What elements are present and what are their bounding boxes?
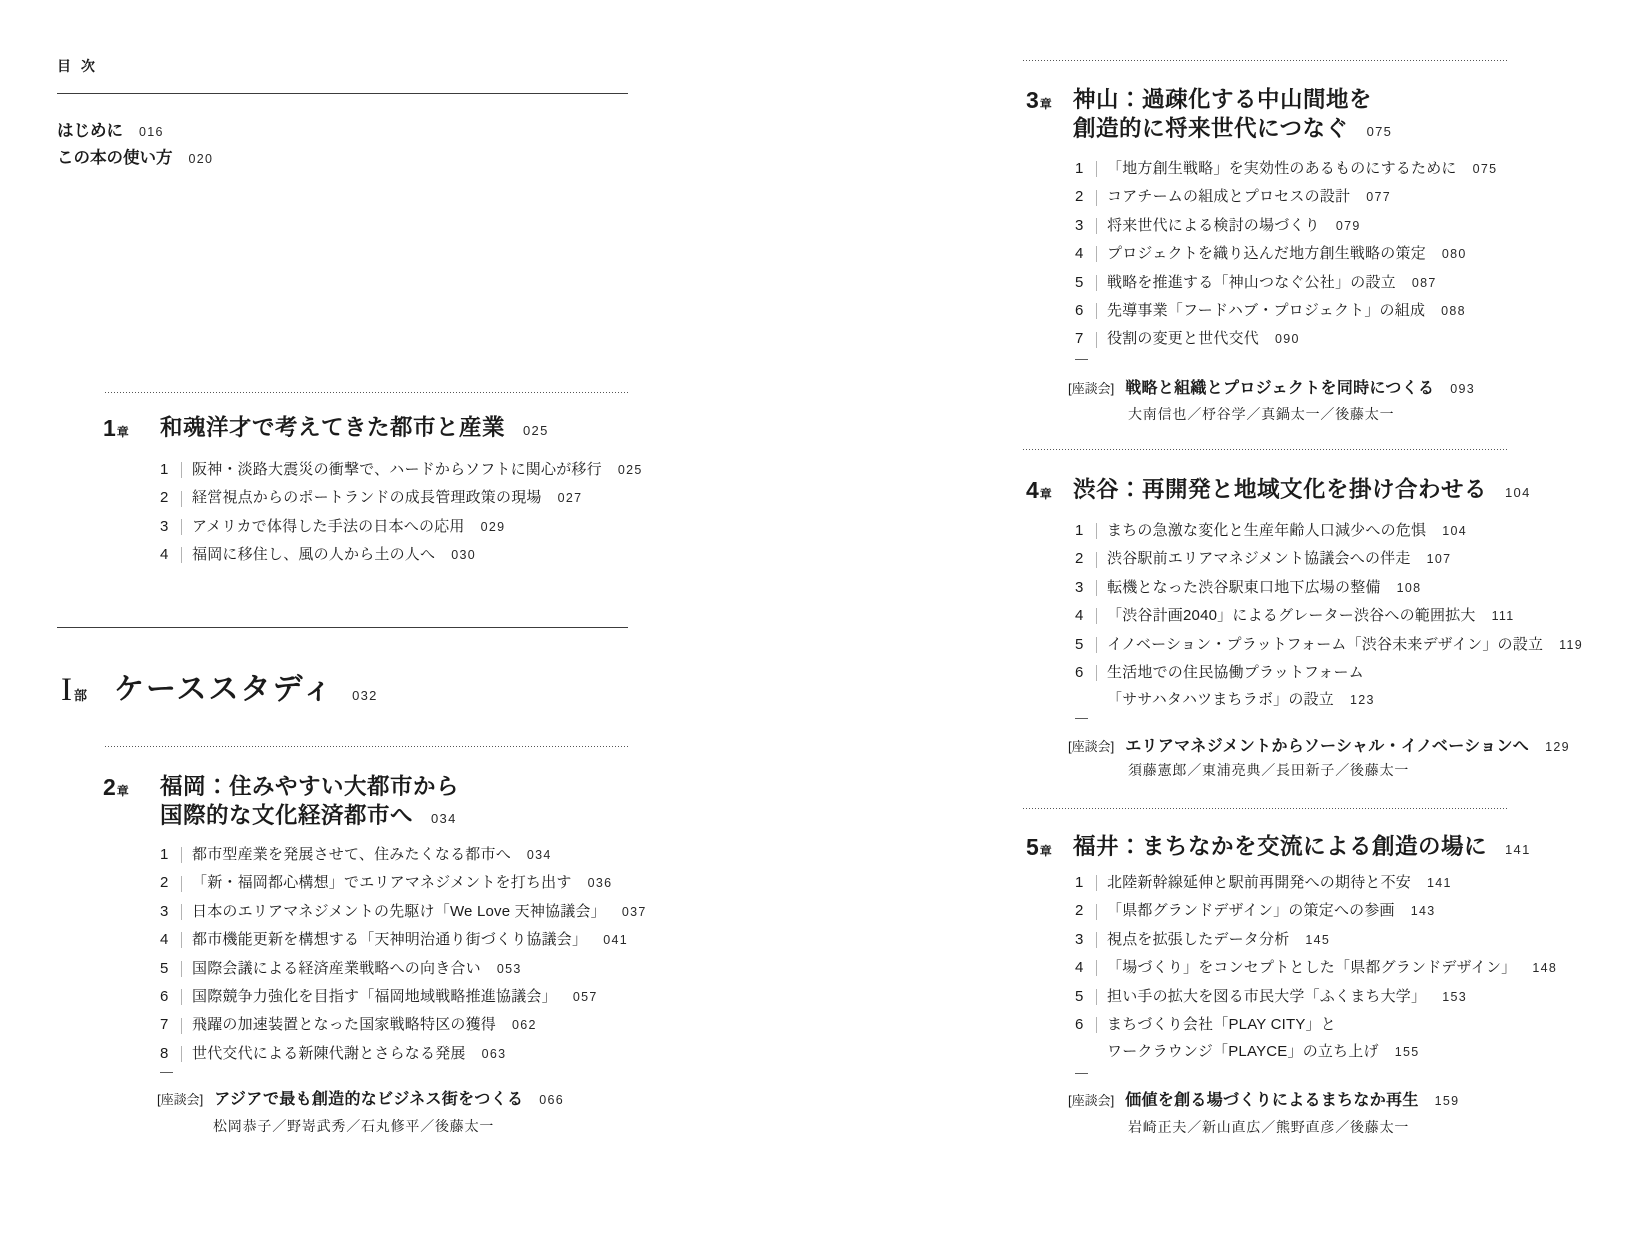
toc-item: 6生活地での住民協働プラットフォーム	[1075, 659, 1583, 686]
page-number: 034	[527, 842, 552, 869]
toc-item-title: 日本のエリアマネジメントの先駆け「We Love 天神協議会」	[192, 898, 606, 925]
item-separator	[181, 519, 182, 535]
right-page: 3章 神山：過疎化する中山間地を 創造的に将来世代につなぐ075 1「地方創生戦…	[1023, 50, 1508, 1200]
item-separator	[1096, 960, 1097, 976]
toc-item: 5担い手の拡大を図る市民大学「ふくまち大学」153	[1075, 983, 1557, 1011]
item-separator	[1096, 246, 1097, 262]
toc-item-number: 3	[160, 513, 175, 540]
page-number: 090	[1275, 326, 1300, 353]
toc-item: 1都市型産業を発展させて、住みたくなる都市へ034	[160, 841, 647, 869]
item-separator	[181, 876, 182, 892]
item-separator	[1096, 190, 1097, 206]
front-matter-title: この本の使い方	[57, 146, 173, 170]
toc-item-title: 飛躍の加速装置となった国家戦略特区の獲得	[192, 1011, 496, 1038]
item-separator	[181, 904, 182, 920]
dash-divider: —	[1075, 710, 1088, 726]
toc-item-number: 1	[1075, 517, 1090, 544]
part-rule	[57, 627, 628, 628]
page-number: 143	[1411, 898, 1436, 925]
page-number: 025	[618, 457, 643, 484]
left-page: 目 次 はじめに 016 この本の使い方 020 1章 和魂洋才で考えてきた都市…	[57, 50, 628, 1200]
page-number: 123	[1350, 687, 1375, 714]
front-matter-title: はじめに	[57, 119, 123, 143]
toc-item-title: 「ササハタハツまちラボ」の設立	[1107, 686, 1334, 713]
toc-item: 3視点を拡張したデータ分析145	[1075, 926, 1557, 954]
page-number: 041	[603, 927, 628, 954]
section-rule-dotted	[105, 392, 628, 393]
roundtable-row: [座談会] エリアマネジメントからソーシャル・イノベーションへ 129	[1068, 733, 1570, 761]
chapter-number: 4章	[1026, 475, 1073, 509]
page-number: 159	[1435, 1088, 1460, 1115]
toc-item-title: 「新・福岡都心構想」でエリアマネジメントを打ち出す	[192, 869, 572, 896]
toc-item-title: 阪神・淡路大震災の衝撃で、ハードからソフトに関心が移行	[192, 456, 602, 483]
toc-item-title: 「県都グランドデザイン」の策定への参画	[1107, 897, 1395, 924]
toc-item-title: 先導事業「フードハブ・プロジェクト」の組成	[1107, 297, 1425, 324]
chapter-heading: 4章 渋谷：再開発と地域文化を掛け合わせる104	[1026, 475, 1531, 509]
toc-item-title: 「渋谷計画2040」によるグレーター渋谷への範囲拡大	[1107, 602, 1476, 629]
page-number: 079	[1336, 213, 1361, 240]
toc-item-title: 北陸新幹線延伸と駅前再開発への期待と不安	[1107, 869, 1411, 896]
toc-item-title: まちづくり会社「PLAY CITY」と	[1107, 1011, 1336, 1038]
toc-item: 4「場づくり」をコンセプトとした「県都グランドデザイン」148	[1075, 954, 1557, 982]
chapter-items: 1北陸新幹線延伸と駅前再開発への期待と不安141 2「県都グランドデザイン」の策…	[1075, 869, 1557, 1067]
item-separator	[1096, 303, 1097, 319]
chapter-heading: 3章 神山：過疎化する中山間地を 創造的に将来世代につなぐ075	[1026, 85, 1392, 146]
part-number: I部	[61, 669, 114, 717]
toc-item-title: 国際競争力強化を目指す「福岡地域戦略推進協議会」	[192, 983, 557, 1010]
chapter-title: 和魂洋才で考えてきた都市と産業025	[160, 413, 549, 446]
toc-item-number: 1	[1075, 155, 1090, 182]
roundtable-label: [座談会]	[157, 1086, 203, 1113]
roundtable-row: [座談会] アジアで最も創造的なビジネス街をつくる 066	[157, 1086, 564, 1114]
toc-item-title: 視点を拡張したデータ分析	[1107, 926, 1289, 953]
page-number: 075	[1367, 124, 1393, 139]
chapter-suffix: 章	[1040, 97, 1052, 111]
chapter-items: 1阪神・淡路大震災の衝撃で、ハードからソフトに関心が移行025 2経営視点からの…	[160, 456, 643, 570]
item-separator	[1096, 552, 1097, 568]
toc-item: 5イノベーション・プラットフォーム「渋谷未来デザイン」の設立119	[1075, 631, 1583, 659]
page-number: 148	[1532, 955, 1557, 982]
item-separator	[1096, 989, 1097, 1005]
toc-item-number: 4	[160, 926, 175, 953]
chapter-heading: 2章 福岡：住みやすい大都市から 国際的な文化経済都市へ034	[103, 772, 459, 833]
toc-item-number: 4	[1075, 954, 1090, 981]
toc-item-number: 2	[160, 484, 175, 511]
page-number: 129	[1545, 734, 1570, 761]
page-number: 027	[558, 485, 583, 512]
toc-item-title: 生活地での住民協働プラットフォーム	[1107, 659, 1364, 686]
toc-item-title: 福岡に移住し、風の人から土の人へ	[192, 541, 435, 568]
chapter-number: 1章	[103, 413, 160, 447]
item-separator	[1096, 580, 1097, 596]
toc-item-continuation: ワークラウンジ「PLAYCE」の立ち上げ155	[1075, 1038, 1557, 1066]
item-separator	[1096, 665, 1097, 681]
toc-item: 2「新・福岡都心構想」でエリアマネジメントを打ち出す036	[160, 869, 647, 897]
item-separator	[1096, 875, 1097, 891]
toc-item-title: 「場づくり」をコンセプトとした「県都グランドデザイン」	[1107, 954, 1516, 981]
toc-item: 5戦略を推進する「神山つなぐ公社」の設立087	[1075, 269, 1497, 297]
toc-item-number: 6	[1075, 297, 1090, 324]
toc-item-title: コアチームの組成とプロセスの設計	[1107, 183, 1350, 210]
toc-item: 2渋谷駅前エリアマネジメント協議会への伴走107	[1075, 545, 1583, 573]
page-number: 025	[523, 423, 549, 438]
page-number: 062	[512, 1012, 537, 1039]
item-separator	[1096, 904, 1097, 920]
toc-item-title: 戦略を推進する「神山つなぐ公社」の設立	[1107, 269, 1396, 296]
page-number: 119	[1559, 632, 1583, 659]
chapter-heading: 5章 福井：まちなかを交流による創造の場に141	[1026, 832, 1531, 866]
item-separator	[1096, 1017, 1097, 1033]
toc-item: 4「渋谷計画2040」によるグレーター渋谷への範囲拡大111	[1075, 602, 1583, 630]
part-suffix: 部	[74, 688, 87, 703]
page-number: 107	[1427, 546, 1452, 573]
toc-item-number: 6	[1075, 1011, 1090, 1038]
toc-item: 2経営視点からのポートランドの成長管理政策の現場027	[160, 484, 643, 512]
page-number: 034	[431, 811, 457, 826]
toc-item-title: 転機となった渋谷駅東口地下広場の整備	[1107, 574, 1381, 601]
chapter-number: 5章	[1026, 832, 1073, 866]
page-number: 108	[1397, 575, 1422, 602]
chapter-items: 1都市型産業を発展させて、住みたくなる都市へ034 2「新・福岡都心構想」でエリ…	[160, 841, 647, 1068]
toc-item: 7役割の変更と世代交代090	[1075, 325, 1497, 353]
toc-item-number: 2	[1075, 183, 1090, 210]
toc-item-number: 2	[1075, 545, 1090, 572]
page-number: 087	[1412, 270, 1437, 297]
toc-item-number: 1	[160, 456, 175, 483]
chapter-title: 福井：まちなかを交流による創造の場に141	[1073, 832, 1531, 865]
toc-item: 1阪神・淡路大震災の衝撃で、ハードからソフトに関心が移行025	[160, 456, 643, 484]
toc-item-number: 1	[1075, 869, 1090, 896]
page-number: 066	[539, 1087, 564, 1114]
item-separator	[181, 932, 182, 948]
header-rule	[57, 93, 628, 94]
toc-item-number: 4	[1075, 240, 1090, 267]
toc-page-title: 目 次	[57, 56, 98, 76]
toc-item-number: 5	[160, 955, 175, 982]
toc-item: 4プロジェクトを織り込んだ地方創生戦略の策定080	[1075, 240, 1497, 268]
toc-item-title: アメリカで体得した手法の日本への応用	[192, 513, 465, 540]
section-rule-dotted	[1023, 808, 1508, 809]
toc-item-title: ワークラウンジ「PLAYCE」の立ち上げ	[1107, 1038, 1379, 1065]
toc-item-title: 世代交代による新陳代謝とさらなる発展	[192, 1040, 466, 1067]
toc-item-title: まちの急激な変化と生産年齢人口減少への危惧	[1107, 517, 1426, 544]
toc-item-title: 都市型産業を発展させて、住みたくなる都市へ	[192, 841, 511, 868]
toc-item-title: 国際会議による経済産業戦略への向き合い	[192, 955, 481, 982]
toc-item: 8世代交代による新陳代謝とさらなる発展063	[160, 1040, 647, 1068]
item-separator	[181, 961, 182, 977]
toc-item: 6国際競争力強化を目指す「福岡地域戦略推進協議会」057	[160, 983, 647, 1011]
toc-item-title: イノベーション・プラットフォーム「渋谷未来デザイン」の設立	[1107, 631, 1543, 658]
toc-item-title: 役割の変更と世代交代	[1107, 325, 1259, 352]
chapter-title: 福岡：住みやすい大都市から 国際的な文化経済都市へ034	[160, 772, 459, 833]
toc-item: 3アメリカで体得した手法の日本への応用029	[160, 513, 643, 541]
toc-item: 3日本のエリアマネジメントの先駆け「We Love 天神協議会」037	[160, 898, 647, 926]
item-separator	[1096, 637, 1097, 653]
roundtable-title: エリアマネジメントからソーシャル・イノベーションへ	[1125, 733, 1529, 760]
toc-item-number: 6	[1075, 659, 1090, 686]
item-separator	[181, 847, 182, 863]
toc-item: 7飛躍の加速装置となった国家戦略特区の獲得062	[160, 1011, 647, 1039]
item-separator	[1096, 608, 1097, 624]
chapter-heading: 1章 和魂洋才で考えてきた都市と産業025	[103, 413, 549, 447]
toc-item-number: 5	[1075, 269, 1090, 296]
page-number: 093	[1450, 376, 1475, 403]
toc-item-number: 4	[160, 541, 175, 568]
chapter-suffix: 章	[117, 425, 129, 439]
toc-item-number: 5	[1075, 983, 1090, 1010]
roundtable-title: 価値を創る場づくりによるまちなか再生	[1125, 1087, 1418, 1114]
item-separator	[1096, 932, 1097, 948]
toc-item: 1「地方創生戦略」を実効性のあるものにするために075	[1075, 155, 1497, 183]
toc-item-number: 7	[160, 1011, 175, 1038]
toc-item: 2コアチームの組成とプロセスの設計077	[1075, 183, 1497, 211]
roundtable-names: 松岡恭子／野嵜武秀／石丸修平／後藤太一	[213, 1116, 494, 1136]
toc-item-number: 3	[160, 898, 175, 925]
toc-item: 6まちづくり会社「PLAY CITY」と	[1075, 1011, 1557, 1038]
dash-divider: —	[1075, 351, 1088, 367]
page-number: 063	[482, 1041, 507, 1068]
toc-item-title: プロジェクトを織り込んだ地方創生戦略の策定	[1107, 240, 1426, 267]
page-number: 077	[1366, 184, 1391, 211]
page-number: 145	[1305, 927, 1330, 954]
page-number: 155	[1395, 1039, 1420, 1066]
item-separator	[1096, 523, 1097, 539]
toc-item-number: 7	[1075, 325, 1090, 352]
toc-item-number: 1	[160, 841, 175, 868]
roundtable-title: アジアで最も創造的なビジネス街をつくる	[214, 1086, 523, 1113]
toc-item-number: 3	[1075, 926, 1090, 953]
page-number: 075	[1473, 156, 1498, 183]
roundtable-label: [座談会]	[1068, 375, 1114, 402]
item-separator	[1096, 218, 1097, 234]
page-number: 104	[1442, 518, 1467, 545]
item-separator	[1096, 332, 1097, 348]
toc-item-title: 担い手の拡大を図る市民大学「ふくまち大学」	[1107, 983, 1426, 1010]
page-number: 032	[352, 675, 378, 717]
toc-item-number: 6	[160, 983, 175, 1010]
chapter-title: 神山：過疎化する中山間地を 創造的に将来世代につなぐ075	[1073, 85, 1392, 146]
page-number: 141	[1427, 870, 1452, 897]
toc-item: 4福岡に移住し、風の人から土の人へ030	[160, 541, 643, 569]
toc-item-continuation: 「ササハタハツまちラボ」の設立123	[1075, 686, 1583, 714]
roundtable-row: [座談会] 戦略と組織とプロジェクトを同時につくる 093	[1068, 375, 1475, 403]
page-number: 153	[1442, 984, 1467, 1011]
page-number: 053	[497, 956, 522, 983]
toc-item-title: 将来世代による検討の場づくり	[1107, 212, 1320, 239]
roundtable-row: [座談会] 価値を創る場づくりによるまちなか再生 159	[1068, 1087, 1459, 1115]
page-number: 016	[139, 120, 164, 144]
chapter-number: 3章	[1026, 85, 1073, 119]
toc-item-number: 3	[1075, 574, 1090, 601]
chapter-suffix: 章	[1040, 844, 1052, 858]
item-separator	[181, 491, 182, 507]
page-number: 111	[1492, 603, 1515, 630]
toc-item-title: 経営視点からのポートランドの成長管理政策の現場	[192, 484, 542, 511]
dash-divider: —	[1075, 1065, 1088, 1081]
roundtable-names: 岩崎正夫／新山直広／熊野直彦／後藤太一	[1128, 1117, 1409, 1137]
chapter-items: 1まちの急激な変化と生産年齢人口減少への危惧104 2渋谷駅前エリアマネジメント…	[1075, 517, 1583, 715]
toc-item-title: 都市機能更新を構想する「天神明治通り街づくり協議会」	[192, 926, 587, 953]
toc-item-number: 5	[1075, 631, 1090, 658]
page-number: 141	[1505, 842, 1531, 857]
chapter-suffix: 章	[1040, 487, 1052, 501]
roundtable-label: [座談会]	[1068, 733, 1114, 760]
item-separator	[1096, 275, 1097, 291]
chapter-items: 1「地方創生戦略」を実効性のあるものにするために075 2コアチームの組成とプロ…	[1075, 155, 1497, 354]
roundtable-title: 戦略と組織とプロジェクトを同時につくる	[1125, 375, 1434, 402]
item-separator	[181, 989, 182, 1005]
section-rule-dotted	[105, 746, 628, 747]
front-matter-row: この本の使い方 020	[57, 146, 213, 171]
toc-item: 1まちの急激な変化と生産年齢人口減少への危惧104	[1075, 517, 1583, 545]
page-number: 057	[573, 984, 598, 1011]
part-title: ケーススタディ	[114, 669, 334, 711]
toc-item: 3将来世代による検討の場づくり079	[1075, 212, 1497, 240]
page-number: 037	[622, 899, 647, 926]
front-matter-row: はじめに 016	[57, 119, 164, 144]
chapter-title: 渋谷：再開発と地域文化を掛け合わせる104	[1073, 475, 1531, 508]
item-separator	[181, 1046, 182, 1062]
page-number: 029	[481, 514, 506, 541]
page-number: 020	[189, 147, 214, 171]
toc-item: 1北陸新幹線延伸と駅前再開発への期待と不安141	[1075, 869, 1557, 897]
chapter-suffix: 章	[117, 784, 129, 798]
item-separator	[181, 1018, 182, 1034]
toc-item-number: 2	[1075, 897, 1090, 924]
item-separator	[181, 547, 182, 563]
page-number: 088	[1441, 298, 1466, 325]
toc-item-title: 「地方創生戦略」を実効性のあるものにするために	[1107, 155, 1457, 182]
toc-item-number: 2	[160, 869, 175, 896]
section-rule-dotted	[1023, 60, 1508, 61]
page-number: 030	[451, 542, 476, 569]
toc-item: 2「県都グランドデザイン」の策定への参画143	[1075, 897, 1557, 925]
chapter-number: 2章	[103, 772, 160, 806]
dash-divider: —	[160, 1064, 173, 1080]
section-rule-dotted	[1023, 449, 1508, 450]
page-number: 080	[1442, 241, 1467, 268]
toc-item: 6先導事業「フードハブ・プロジェクト」の組成088	[1075, 297, 1497, 325]
page-number: 036	[588, 870, 613, 897]
toc-item: 3転機となった渋谷駅東口地下広場の整備108	[1075, 574, 1583, 602]
item-separator	[181, 462, 182, 478]
roundtable-label: [座談会]	[1068, 1087, 1114, 1114]
toc-item: 5国際会議による経済産業戦略への向き合い053	[160, 955, 647, 983]
toc-item-number: 3	[1075, 212, 1090, 239]
item-separator	[1096, 161, 1097, 177]
page-number: 104	[1505, 485, 1531, 500]
toc-item-number: 4	[1075, 602, 1090, 629]
roundtable-names: 須藤憲郎／東浦亮典／長田新子／後藤太一	[1128, 760, 1409, 780]
part-heading: I部 ケーススタディ 032	[61, 669, 378, 717]
toc-item-title: 渋谷駅前エリアマネジメント協議会への伴走	[1107, 545, 1411, 572]
roundtable-names: 大南信也／杼谷学／真鍋太一／後藤太一	[1128, 404, 1394, 424]
toc-item: 4都市機能更新を構想する「天神明治通り街づくり協議会」041	[160, 926, 647, 954]
